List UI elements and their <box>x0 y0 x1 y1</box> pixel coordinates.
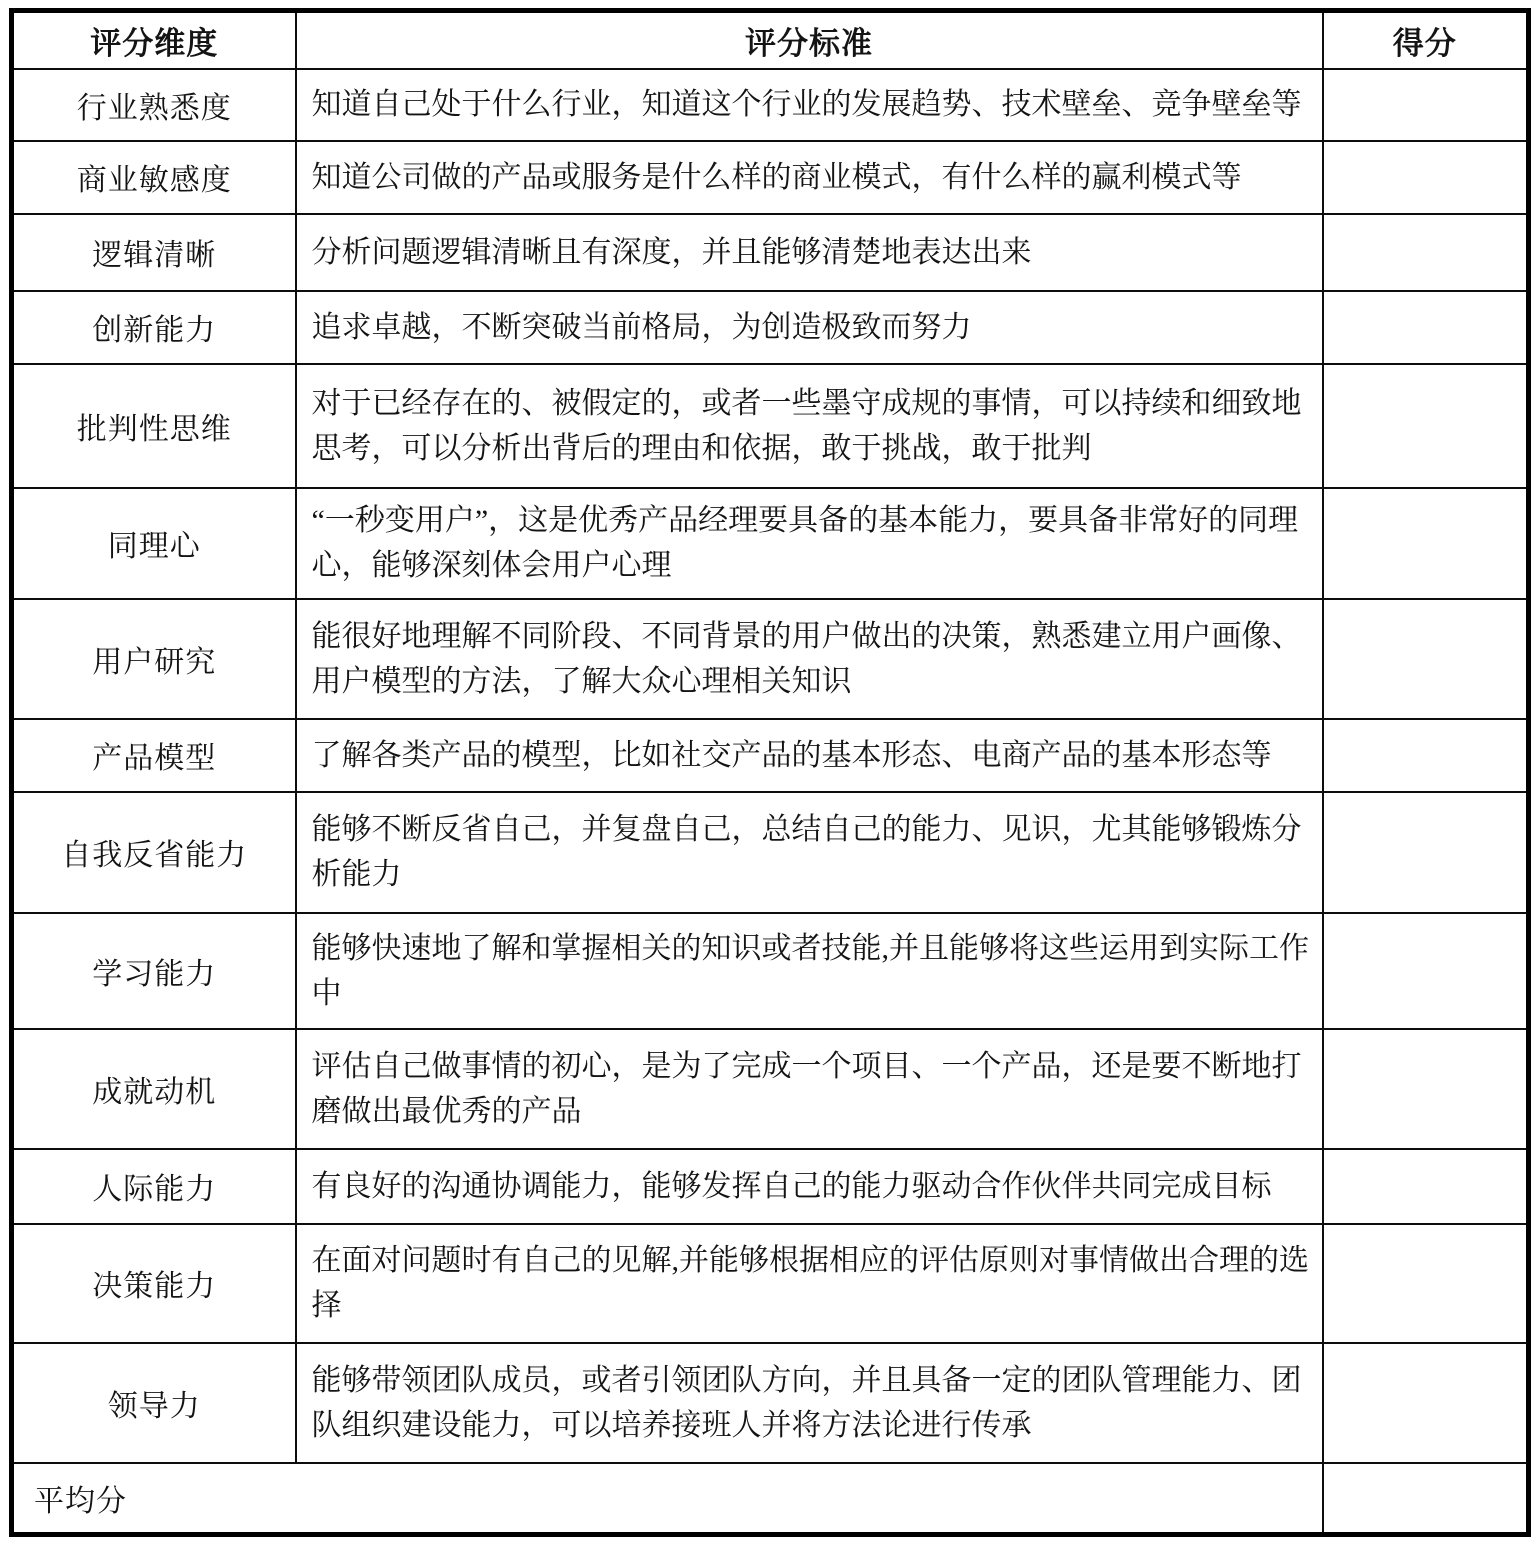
dimension-cell: 逻辑清晰 <box>12 214 296 291</box>
score-cell <box>1323 364 1529 488</box>
table-row: 创新能力 追求卓越，不断突破当前格局，为创造极致而努力 <box>12 291 1529 364</box>
dimension-cell: 同理心 <box>12 488 296 599</box>
criteria-cell: “一秒变用户”，这是优秀产品经理要具备的基本能力，要具备非常好的同理心，能够深刻… <box>296 488 1323 599</box>
table-row: 领导力 能够带领团队成员，或者引领团队方向，并且具备一定的团队管理能力、团队组织… <box>12 1343 1529 1463</box>
dimension-cell: 自我反省能力 <box>12 792 296 913</box>
criteria-cell: 了解各类产品的模型，比如社交产品的基本形态、电商产品的基本形态等 <box>296 719 1323 792</box>
criteria-cell: 能够不断反省自己，并复盘自己，总结自己的能力、见识，尤其能够锻炼分析能力 <box>296 792 1323 913</box>
dimension-cell: 创新能力 <box>12 291 296 364</box>
table-row: 成就动机 评估自己做事情的初心，是为了完成一个项目、一个产品，还是要不断地打磨做… <box>12 1029 1529 1149</box>
score-cell <box>1323 599 1529 719</box>
table-row: 逻辑清晰 分析问题逻辑清晰且有深度，并且能够清楚地表达出来 <box>12 214 1529 291</box>
average-score-cell <box>1323 1463 1529 1535</box>
dimension-cell: 人际能力 <box>12 1149 296 1224</box>
col-header-dimension: 评分维度 <box>12 11 296 69</box>
table-row: 决策能力 在面对问题时有自己的见解,并能够根据相应的评估原则对事情做出合理的选择 <box>12 1224 1529 1343</box>
col-header-score: 得分 <box>1323 11 1529 69</box>
criteria-cell: 知道自己处于什么行业，知道这个行业的发展趋势、技术壁垒、竞争壁垒等 <box>296 69 1323 141</box>
score-cell <box>1323 141 1529 214</box>
score-cell <box>1323 913 1529 1029</box>
score-cell <box>1323 1029 1529 1149</box>
score-cell <box>1323 1224 1529 1343</box>
criteria-cell: 能很好地理解不同阶段、不同背景的用户做出的决策，熟悉建立用户画像、用户模型的方法… <box>296 599 1323 719</box>
table-row: 人际能力 有良好的沟通协调能力，能够发挥自己的能力驱动合作伙伴共同完成目标 <box>12 1149 1529 1224</box>
dimension-cell: 批判性思维 <box>12 364 296 488</box>
score-cell <box>1323 1149 1529 1224</box>
criteria-cell: 知道公司做的产品或服务是什么样的商业模式，有什么样的赢利模式等 <box>296 141 1323 214</box>
criteria-cell: 能够快速地了解和掌握相关的知识或者技能,并且能够将这些运用到实际工作中 <box>296 913 1323 1029</box>
score-cell <box>1323 291 1529 364</box>
evaluation-table: 评分维度 评分标准 得分 行业熟悉度 知道自己处于什么行业，知道这个行业的发展趋… <box>9 8 1531 1537</box>
score-cell <box>1323 214 1529 291</box>
table-row: 自我反省能力 能够不断反省自己，并复盘自己，总结自己的能力、见识，尤其能够锻炼分… <box>12 792 1529 913</box>
table-row: 商业敏感度 知道公司做的产品或服务是什么样的商业模式，有什么样的赢利模式等 <box>12 141 1529 214</box>
table-row: 同理心 “一秒变用户”，这是优秀产品经理要具备的基本能力，要具备非常好的同理心，… <box>12 488 1529 599</box>
dimension-cell: 产品模型 <box>12 719 296 792</box>
table-row: 用户研究 能很好地理解不同阶段、不同背景的用户做出的决策，熟悉建立用户画像、用户… <box>12 599 1529 719</box>
score-cell <box>1323 488 1529 599</box>
score-cell <box>1323 69 1529 141</box>
dimension-cell: 用户研究 <box>12 599 296 719</box>
score-cell <box>1323 1343 1529 1463</box>
dimension-cell: 领导力 <box>12 1343 296 1463</box>
score-cell <box>1323 719 1529 792</box>
average-row: 平均分 <box>12 1463 1529 1535</box>
col-header-criteria: 评分标准 <box>296 11 1323 69</box>
criteria-cell: 追求卓越，不断突破当前格局，为创造极致而努力 <box>296 291 1323 364</box>
criteria-cell: 对于已经存在的、被假定的，或者一些墨守成规的事情，可以持续和细致地思考，可以分析… <box>296 364 1323 488</box>
score-cell <box>1323 792 1529 913</box>
criteria-cell: 分析问题逻辑清晰且有深度，并且能够清楚地表达出来 <box>296 214 1323 291</box>
dimension-cell: 学习能力 <box>12 913 296 1029</box>
average-label-cell: 平均分 <box>12 1463 1323 1535</box>
dimension-cell: 决策能力 <box>12 1224 296 1343</box>
criteria-cell: 评估自己做事情的初心，是为了完成一个项目、一个产品，还是要不断地打磨做出最优秀的… <box>296 1029 1323 1149</box>
dimension-cell: 行业熟悉度 <box>12 69 296 141</box>
dimension-cell: 商业敏感度 <box>12 141 296 214</box>
criteria-cell: 有良好的沟通协调能力，能够发挥自己的能力驱动合作伙伴共同完成目标 <box>296 1149 1323 1224</box>
header-row: 评分维度 评分标准 得分 <box>12 11 1529 69</box>
table-body: 行业熟悉度 知道自己处于什么行业，知道这个行业的发展趋势、技术壁垒、竞争壁垒等 … <box>12 69 1529 1463</box>
table-row: 批判性思维 对于已经存在的、被假定的，或者一些墨守成规的事情，可以持续和细致地思… <box>12 364 1529 488</box>
criteria-cell: 在面对问题时有自己的见解,并能够根据相应的评估原则对事情做出合理的选择 <box>296 1224 1323 1343</box>
criteria-cell: 能够带领团队成员，或者引领团队方向，并且具备一定的团队管理能力、团队组织建设能力… <box>296 1343 1323 1463</box>
table-row: 产品模型 了解各类产品的模型，比如社交产品的基本形态、电商产品的基本形态等 <box>12 719 1529 792</box>
document-page: 评分维度 评分标准 得分 行业熟悉度 知道自己处于什么行业，知道这个行业的发展趋… <box>0 0 1536 1550</box>
table-row: 行业熟悉度 知道自己处于什么行业，知道这个行业的发展趋势、技术壁垒、竞争壁垒等 <box>12 69 1529 141</box>
dimension-cell: 成就动机 <box>12 1029 296 1149</box>
table-row: 学习能力 能够快速地了解和掌握相关的知识或者技能,并且能够将这些运用到实际工作中 <box>12 913 1529 1029</box>
